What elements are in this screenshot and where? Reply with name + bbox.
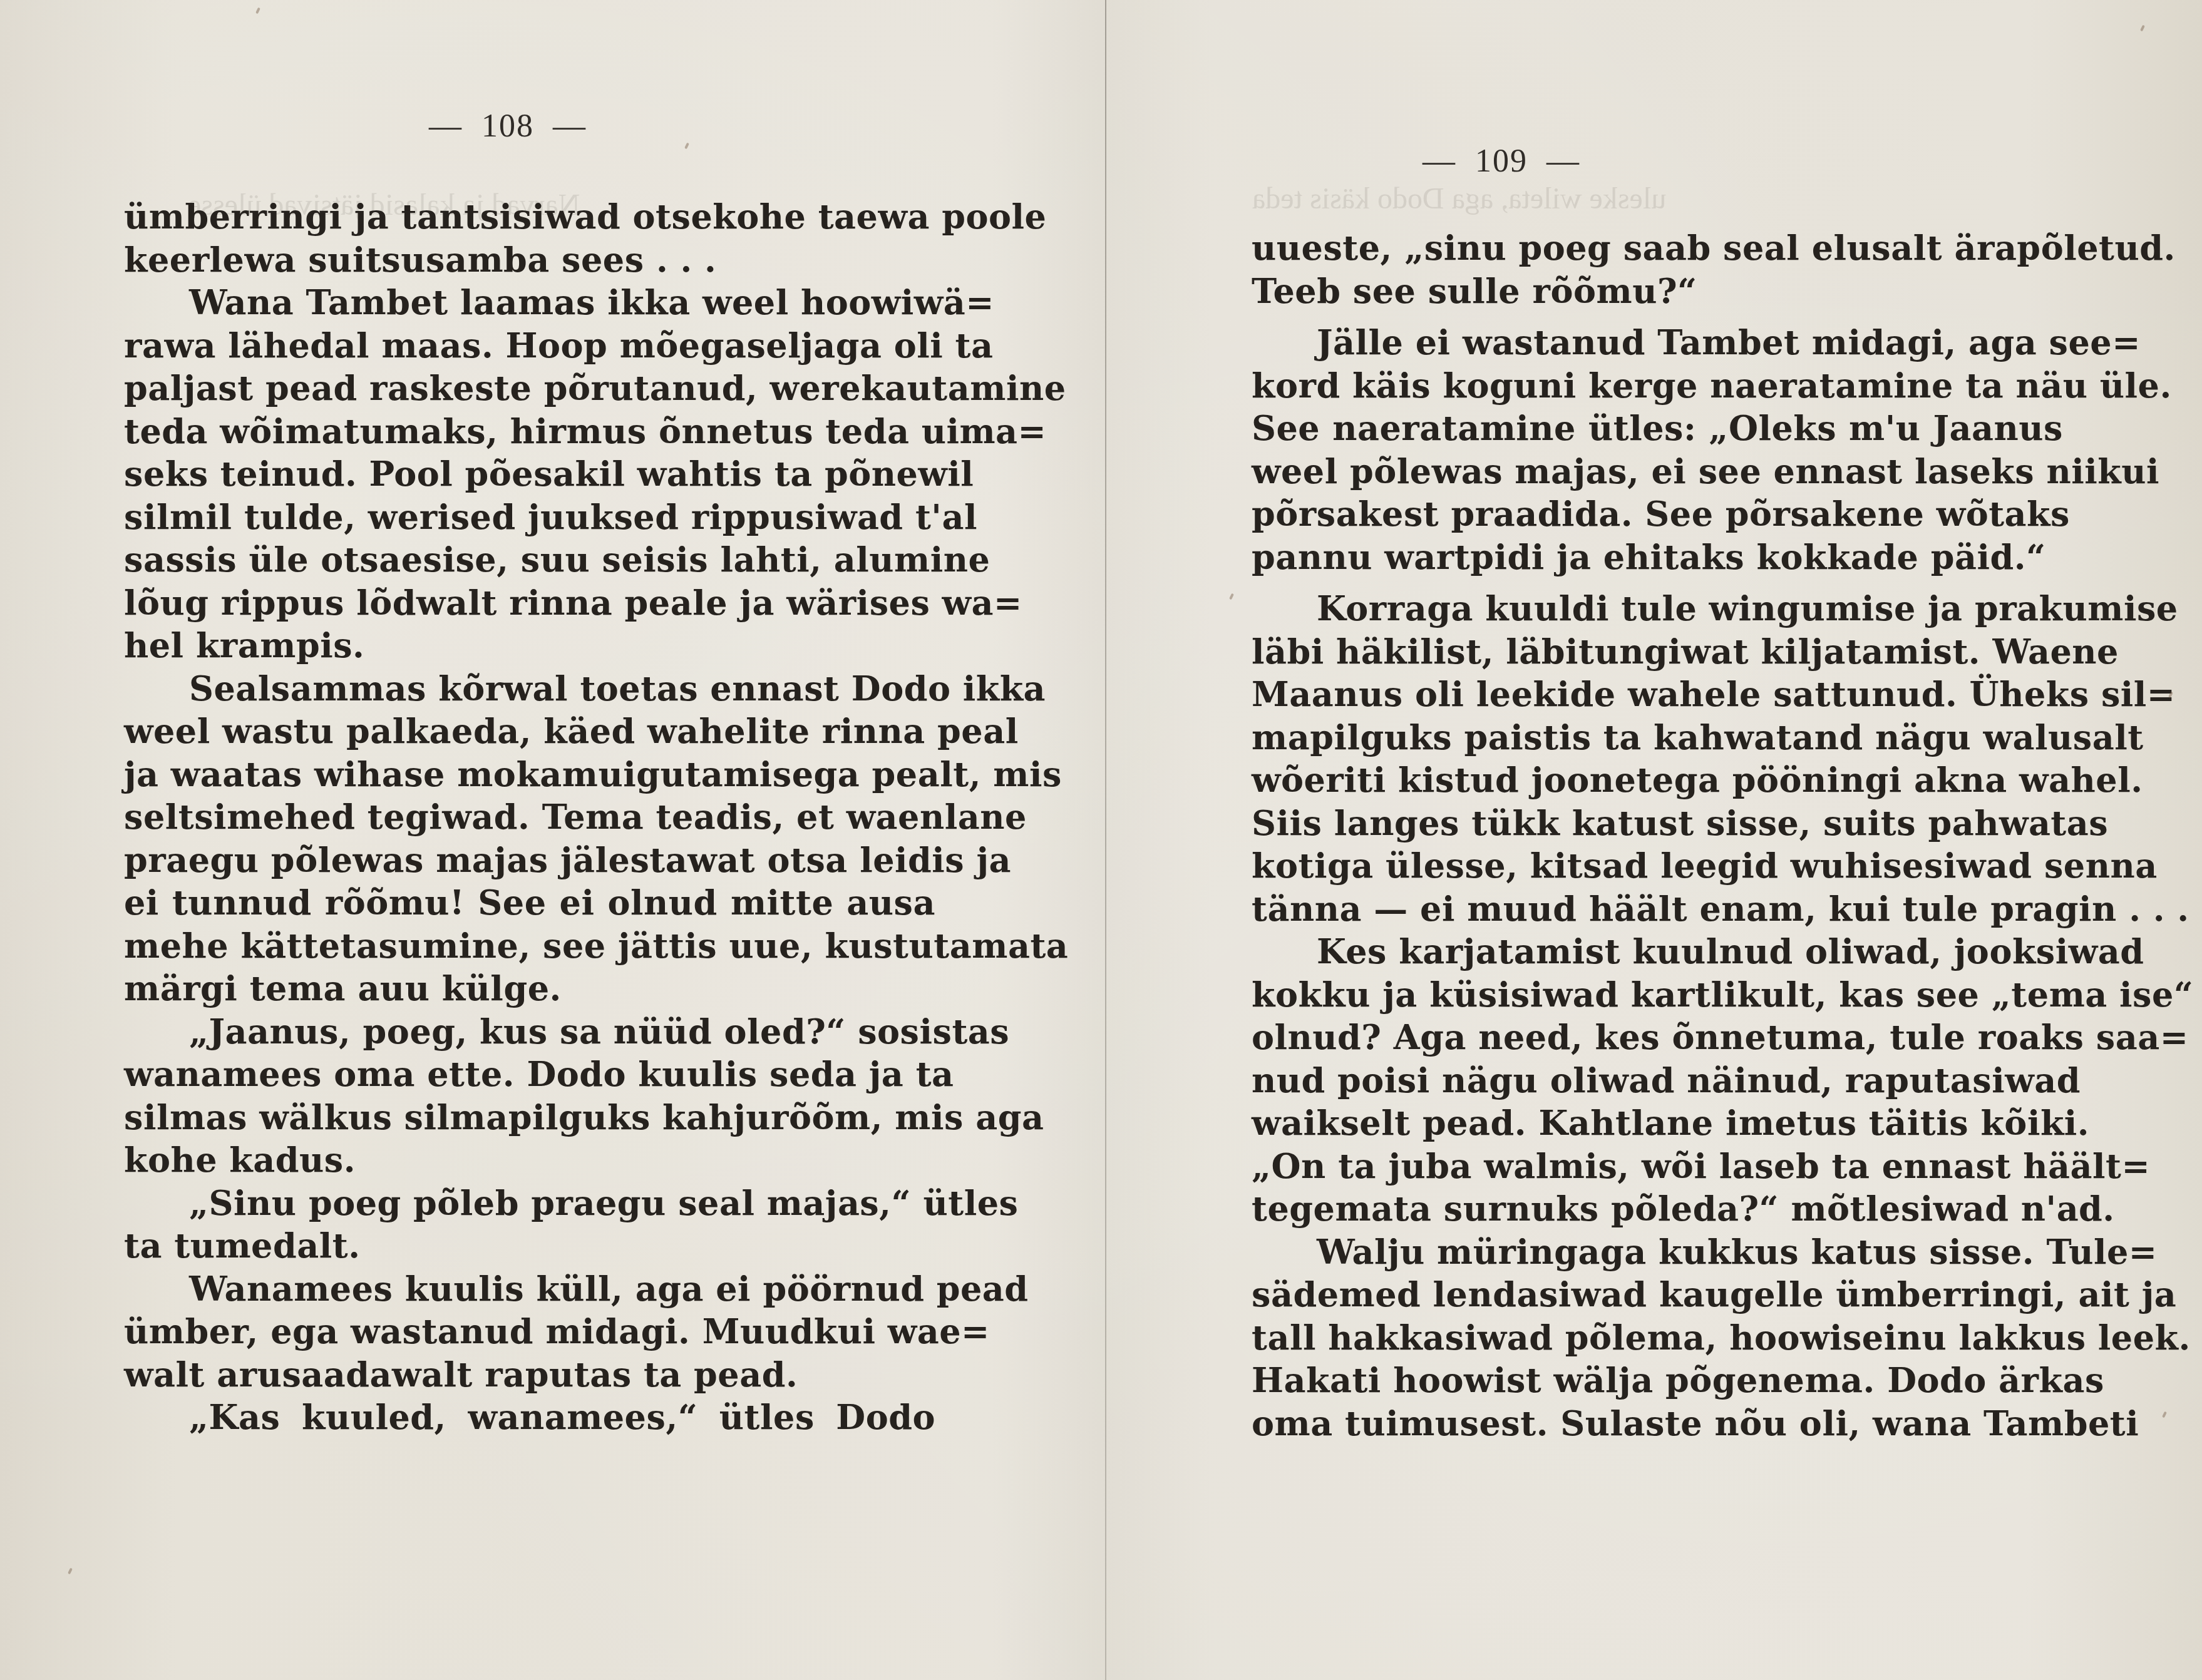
paragraph-start-line: Wanamees kuulis küll, aga ei pöörnud pea… (124, 1268, 935, 1311)
text-line: kokku ja küsisiwad kartlikult, kas see „… (1252, 973, 2063, 1017)
text-line: weel põlewas majas, ei see ennast laseks… (1252, 450, 2063, 493)
text-line: nud poisi nägu oliwad näinud, raputasiwa… (1252, 1059, 2063, 1102)
text-line: tegemata surnuks põleda?“ mõtlesiwad n'a… (1252, 1187, 2063, 1231)
text-line: ja waatas wihase mokamuigutamisega pealt… (124, 753, 935, 796)
text-line: olnud? Aga need, kes õnnetuma, tule roak… (1252, 1016, 2063, 1059)
text-line: seltsimehed tegiwad. Tema teadis, et wae… (124, 796, 935, 839)
text-line: teda wõimatumaks, hirmus õnnetus teda ui… (124, 410, 935, 453)
text-line: mapilguks paistis ta kahwatand nägu walu… (1252, 716, 2063, 759)
text-line: uueste, „sinu poeg saab seal elusalt ära… (1252, 227, 2063, 270)
text-line: Maanus oli leekide wahele sattunud. Ühek… (1252, 673, 2063, 716)
text-line: See naeratamine ütles: „Oleks m'u Jaanus (1252, 407, 2063, 450)
text-line: silmil tulde, werised juuksed rippusiwad… (124, 496, 935, 539)
text-line: ümber, ega wastanud midagi. Muudkui wae= (124, 1310, 935, 1353)
text-line: ümberringi ja tantsisiwad otsekohe taewa… (124, 195, 935, 238)
text-line: kohe kadus. (124, 1139, 935, 1182)
paragraph-start-line: „Jaanus, poeg, kus sa nüüd oled?“ sosist… (124, 1010, 935, 1053)
paragraph-start-line: Jälle ei wastanud Tambet midagi, aga see… (1252, 321, 2063, 364)
text-line: ta tumedalt. (124, 1224, 935, 1268)
text-line: wõeriti kistud joonetega pööningi akna w… (1252, 759, 2063, 802)
text-line: waikselt pead. Kahtlane imetus täitis kõ… (1252, 1102, 2063, 1145)
text-line: walt arusaadawalt raputas ta pead. (124, 1353, 935, 1396)
text-line: ei tunnud rõõmu! See ei olnud mitte ausa (124, 881, 935, 925)
text-line: hel krampis. (124, 624, 935, 667)
text-line: paljast pead raskeste põrutanud, werekau… (124, 367, 935, 410)
text-line: seks teinud. Pool põesakil wahtis ta põn… (124, 453, 935, 496)
text-line: wanamees oma ette. Dodo kuulis seda ja t… (124, 1053, 935, 1096)
text-line: mehe kättetasumine, see jättis uue, kust… (124, 925, 935, 968)
paragraph-start-line: Walju müringaga kukkus katus sisse. Tule… (1252, 1231, 2063, 1274)
right-page: — 109 — uueste, „sinu poeg saab seal elu… (1106, 0, 2202, 1680)
text-line: rawa lähedal maas. Hoop mõegaseljaga oli… (124, 324, 935, 367)
paragraph-start-line: Sealsammas kõrwal toetas ennast Dodo ikk… (124, 667, 935, 710)
text-line: silmas wälkus silmapilguks kahjurõõm, mi… (124, 1096, 935, 1139)
text-line: Siis langes tükk katust sisse, suits pah… (1252, 802, 2063, 845)
text-line: tall hakkasiwad põlema, hoowiseinu lakku… (1252, 1316, 2063, 1360)
text-line: pannu wartpidi ja ehitaks kokkade päid.“ (1252, 536, 2063, 579)
text-line: põrsakest praadida. See põrsakene wõtaks (1252, 493, 2063, 536)
text-line: sassis üle otsaesise, suu seisis lahti, … (124, 538, 935, 581)
paragraph-start-line: „Kas kuuled, wanamees,“ ütles Dodo (124, 1396, 935, 1439)
text-line: oma tuimusest. Sulaste nõu oli, wana Tam… (1252, 1402, 2063, 1445)
text-line: kotiga ülesse, kitsad leegid wuhisesiwad… (1252, 844, 2063, 888)
paragraph-start-line: Korraga kuuldi tule wingumise ja prakumi… (1252, 587, 2063, 630)
text-line: tänna — ei muud häält enam, kui tule pra… (1252, 888, 2063, 931)
text-line: Teeb see sulle rõõmu?“ (1252, 270, 2063, 313)
left-page: — 108 — ümberringi ja tantsisiwad otseko… (0, 0, 1105, 1680)
text-line: läbi häkilist, läbitungiwat kiljatamist.… (1252, 630, 2063, 674)
paragraph-start-line: Kes karjatamist kuulnud oliwad, jooksiwa… (1252, 930, 2063, 973)
text-line: Hakati hoowist wälja põgenema. Dodo ärka… (1252, 1359, 2063, 1402)
page-body-text: ümberringi ja tantsisiwad otsekohe taewa… (124, 195, 935, 1439)
text-line: praegu põlewas majas jälestawat otsa lei… (124, 839, 935, 882)
text-line: „On ta juba walmis, wõi laseb ta ennast … (1252, 1145, 2063, 1188)
text-line: keerlewa suitsusamba sees . . . (124, 238, 935, 282)
text-line: sädemed lendasiwad kaugelle ümberringi, … (1252, 1273, 2063, 1316)
page-number: — 109 — (1423, 143, 1580, 180)
page-number: — 108 — (429, 108, 587, 145)
text-line: weel wastu palkaeda, käed wahelite rinna… (124, 710, 935, 753)
paragraph-start-line: „Sinu poeg põleb praegu seal majas,“ ütl… (124, 1182, 935, 1225)
book-spread: Narvad ja kalasid jätsivad ülesse uleske… (0, 0, 2202, 1680)
page-body-text: uueste, „sinu poeg saab seal elusalt ära… (1252, 227, 2063, 1445)
text-line: märgi tema auu külge. (124, 967, 935, 1010)
text-line: kord käis koguni kerge naeratamine ta nä… (1252, 364, 2063, 407)
text-line: lõug rippus lõdwalt rinna peale ja wäris… (124, 581, 935, 625)
paragraph-start-line: Wana Tambet laamas ikka weel hoowiwä= (124, 281, 935, 324)
